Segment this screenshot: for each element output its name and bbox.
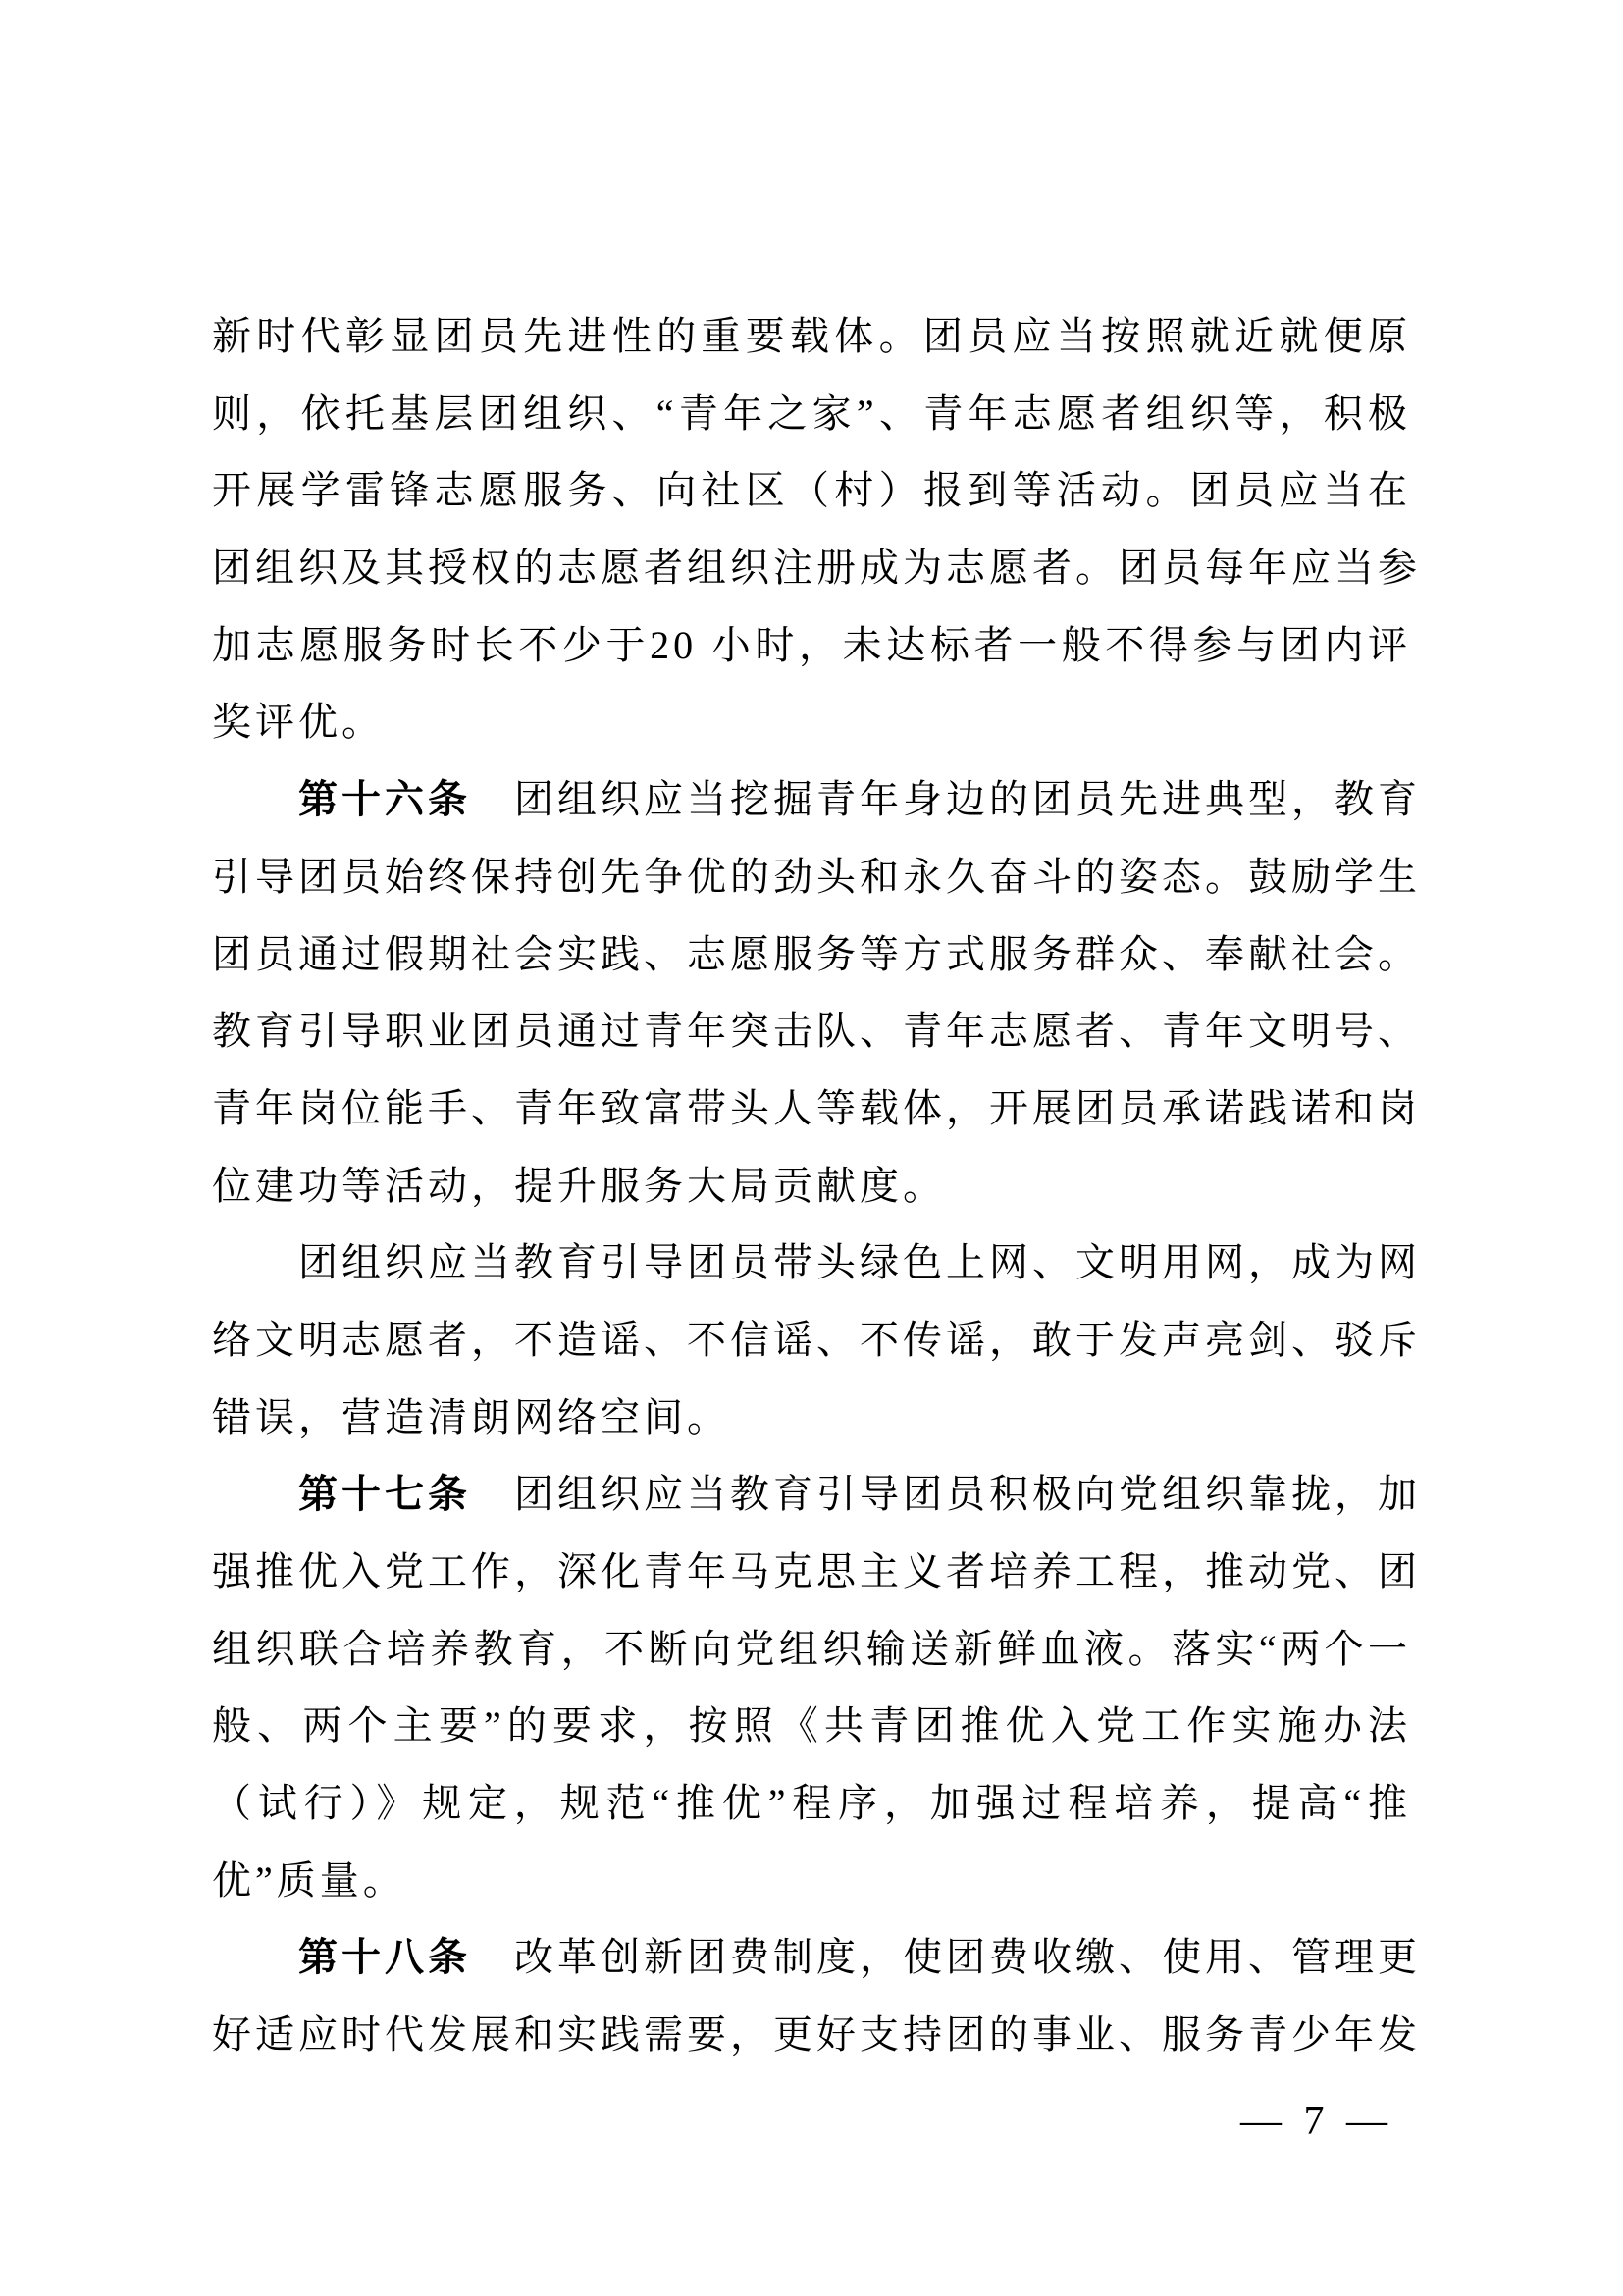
text-line: 开展学雷锋志愿服务、向社区（村）报到等活动。团员应当在 <box>212 452 1411 530</box>
text-line: 青年岗位能手、青年致富带头人等载体，开展团员承诺践诺和岗 <box>212 1070 1411 1148</box>
line-text: 新时代彰显团员先进性的重要载体。团员应当按照就近就便原 <box>212 314 1411 358</box>
line-text: 好适应时代发展和实践需要，更好支持团的事业、服务青少年发 <box>212 2012 1421 2057</box>
line-text: 改革创新团费制度，使团费收缴、使用、管理更 <box>514 1935 1421 1979</box>
line-text: 教育引导职业团员通过青年突击队、青年志愿者、青年文明号、 <box>212 1009 1421 1053</box>
line-text: 青年岗位能手、青年致富带头人等载体，开展团员承诺践诺和岗 <box>212 1086 1421 1130</box>
article-heading: 第十七条 <box>298 1472 471 1516</box>
article-heading: 第十八条 <box>298 1935 471 1979</box>
text-line: 第十六条团组织应当挖掘青年身边的团员先进典型，教育 <box>212 761 1411 839</box>
line-text: 位建功等活动，提升服务大局贡献度。 <box>212 1164 946 1208</box>
line-text: 团组织应当教育引导团员积极向党组织靠拢，加 <box>514 1472 1421 1516</box>
text-line: 位建功等活动，提升服务大局贡献度。 <box>212 1148 1411 1226</box>
text-line: 络文明志愿者，不造谣、不信谣、不传谣，敢于发声亮剑、驳斥 <box>212 1302 1411 1380</box>
line-text: 强推优入党工作，深化青年马克思主义者培养工程，推动党、团 <box>212 1549 1421 1593</box>
document-page: 新时代彰显团员先进性的重要载体。团员应当按照就近就便原 则，依托基层团组织、“青… <box>0 0 1623 2296</box>
text-line: 奖评优。 <box>212 684 1411 761</box>
line-text: 般、两个主要”的要求，按照《共青团推优入党工作实施办法 <box>212 1703 1411 1748</box>
article-heading: 第十六条 <box>298 777 471 821</box>
text-line: 强推优入党工作，深化青年马克思主义者培养工程，推动党、团 <box>212 1534 1411 1611</box>
text-line: 第十七条团组织应当教育引导团员积极向党组织靠拢，加 <box>212 1456 1411 1534</box>
line-text: 则，依托基层团组织、“青年之家”、青年志愿者组织等，积极 <box>212 391 1411 436</box>
text-line: 好适应时代发展和实践需要，更好支持团的事业、服务青少年发 <box>212 1997 1411 2074</box>
line-text: 开展学雷锋志愿服务、向社区（村）报到等活动。团员应当在 <box>212 468 1411 512</box>
text-line: 新时代彰显团员先进性的重要载体。团员应当按照就近就便原 <box>212 298 1411 376</box>
line-text: 络文明志愿者，不造谣、不信谣、不传谣，敢于发声亮剑、驳斥 <box>212 1318 1421 1362</box>
line-text: 团组织应当挖掘青年身边的团员先进典型，教育 <box>514 777 1421 821</box>
text-line: 错误，营造清朗网络空间。 <box>212 1380 1411 1457</box>
text-line: 优”质量。 <box>212 1843 1411 1920</box>
line-text: （试行）》规定，规范“推优”程序，加强过程培养，提高“推 <box>212 1781 1411 1825</box>
line-text: 团组织应当教育引导团员带头绿色上网、文明用网，成为网 <box>298 1240 1421 1284</box>
text-line: 团员通过假期社会实践、志愿服务等方式服务群众、奉献社会。 <box>212 916 1411 994</box>
line-text: 团员通过假期社会实践、志愿服务等方式服务群众、奉献社会。 <box>212 932 1421 976</box>
line-text: 优”质量。 <box>212 1858 406 1903</box>
text-line: 加志愿服务时长不少于20 小时，未达标者一般不得参与团内评 <box>212 607 1411 685</box>
document-body: 新时代彰显团员先进性的重要载体。团员应当按照就近就便原 则，依托基层团组织、“青… <box>212 298 1411 2074</box>
line-text: 错误，营造清朗网络空间。 <box>212 1395 730 1439</box>
text-line: 团组织及其授权的志愿者组织注册成为志愿者。团员每年应当参 <box>212 530 1411 607</box>
line-text: 加志愿服务时长不少于20 小时，未达标者一般不得参与团内评 <box>212 623 1411 667</box>
text-line: （试行）》规定，规范“推优”程序，加强过程培养，提高“推 <box>212 1765 1411 1843</box>
line-text: 奖评优。 <box>212 700 385 744</box>
text-line: 第十八条改革创新团费制度，使团费收缴、使用、管理更 <box>212 1919 1411 1997</box>
page-number: — 7 — <box>1240 2098 1393 2145</box>
line-text: 组织联合培养教育，不断向党组织输送新鲜血液。落实“两个一 <box>212 1627 1411 1671</box>
text-line: 组织联合培养教育，不断向党组织输送新鲜血液。落实“两个一 <box>212 1611 1411 1689</box>
line-text: 引导团员始终保持创先争优的劲头和永久奋斗的姿态。鼓励学生 <box>212 855 1421 899</box>
text-line: 则，依托基层团组织、“青年之家”、青年志愿者组织等，积极 <box>212 376 1411 453</box>
line-text: 团组织及其授权的志愿者组织注册成为志愿者。团员每年应当参 <box>212 546 1421 590</box>
text-line: 般、两个主要”的要求，按照《共青团推优入党工作实施办法 <box>212 1688 1411 1765</box>
text-line: 教育引导职业团员通过青年突击队、青年志愿者、青年文明号、 <box>212 993 1411 1070</box>
text-line: 团组织应当教育引导团员带头绿色上网、文明用网，成为网 <box>212 1225 1411 1302</box>
text-line: 引导团员始终保持创先争优的劲头和永久奋斗的姿态。鼓励学生 <box>212 839 1411 916</box>
